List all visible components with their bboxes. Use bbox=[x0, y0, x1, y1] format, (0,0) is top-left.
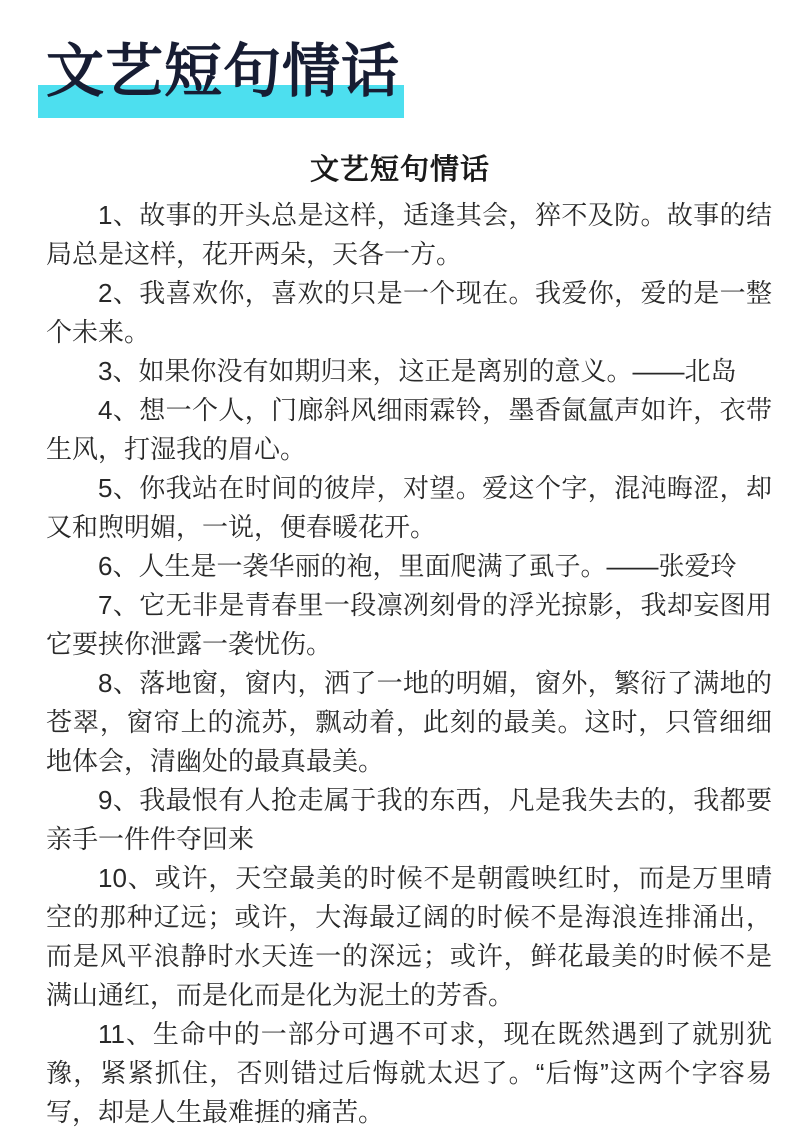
article-title: 文艺短句情话 bbox=[0, 152, 800, 188]
banner-title: 文艺短句情话 bbox=[46, 40, 800, 104]
quote-paragraph: 7、它无非是青春里一段凛冽刻骨的浮光掠影，我却妄图用它要挟你泄露一袭忧伤。 bbox=[46, 586, 772, 664]
quote-paragraph: 9、我最恨有人抢走属于我的东西，凡是我失去的，我都要亲手一件件夺回来 bbox=[46, 781, 772, 859]
banner-title-highlight: 文艺短句情话 bbox=[46, 40, 400, 104]
quote-paragraph: 10、或许，天空最美的时候不是朝霞映红时，而是万里晴空的那种辽远；或许，大海最辽… bbox=[46, 859, 772, 1015]
quote-paragraph: 8、落地窗，窗内，洒了一地的明媚，窗外，繁衍了满地的苍翠，窗帘上的流苏，飘动着，… bbox=[46, 664, 772, 781]
quote-paragraph: 1、故事的开头总是这样，适逢其会，猝不及防。故事的结局总是这样，花开两朵，天各一… bbox=[46, 196, 772, 274]
quote-paragraph: 2、我喜欢你，喜欢的只是一个现在。我爱你，爱的是一整个未来。 bbox=[46, 274, 772, 352]
article-body: 1、故事的开头总是这样，适逢其会，猝不及防。故事的结局总是这样，花开两朵，天各一… bbox=[46, 196, 772, 1132]
document-page: 文艺短句情话 文艺短句情话 1、故事的开头总是这样，适逢其会，猝不及防。故事的结… bbox=[0, 0, 800, 1132]
quote-paragraph: 6、人生是一袭华丽的袍，里面爬满了虱子。——张爱玲 bbox=[46, 547, 772, 586]
quote-paragraph: 4、想一个人，门廊斜风细雨霖铃，墨香氤氲声如许，衣带生风，打湿我的眉心。 bbox=[46, 391, 772, 469]
quote-paragraph: 3、如果你没有如期归来，这正是离别的意义。——北岛 bbox=[46, 352, 772, 391]
quote-paragraph: 11、生命中的一部分可遇不可求，现在既然遇到了就别犹豫，紧紧抓住，否则错过后悔就… bbox=[46, 1015, 772, 1132]
quote-paragraph: 5、你我站在时间的彼岸，对望。爱这个字，混沌晦涩，却又和煦明媚，一说，便春暖花开… bbox=[46, 469, 772, 547]
